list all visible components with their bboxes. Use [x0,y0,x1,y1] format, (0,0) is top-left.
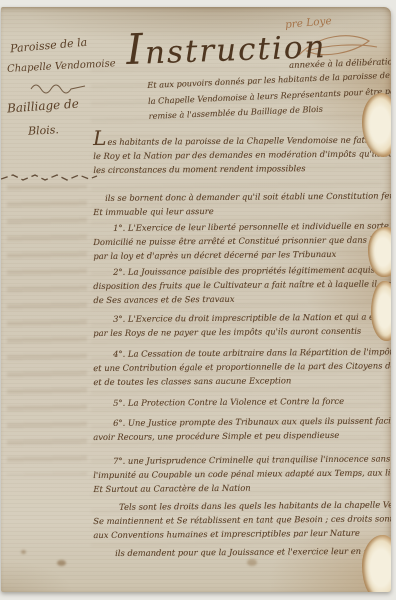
text-line: les circonstances du moment rendent impo… [93,161,391,178]
paragraph-closing: Tels sont les droits dans les quels les … [93,497,391,542]
margin-bailliage-line1: Bailliage de [7,97,80,116]
manuscript-scan: pre Loye Paroisse de la Chapelle Vendomo… [0,0,396,600]
ink-stain [21,550,26,554]
paragraph-article-5: 5°. La Protection Contre la Violence et … [93,393,391,410]
text-line: Et immuable qui leur assure [93,203,391,220]
paragraph-opening: Les habitants de la paroisse de la Chape… [93,131,391,177]
text-line: 5°. La Protection Contre la Violence et … [113,393,391,410]
paragraph-article-4: 4°. La Cessation de toute arbitraire dan… [93,344,391,389]
text-line: ils demandent pour que la Jouissance et … [115,544,391,561]
text-line: Et Surtout au Caractère de la Nation [93,480,391,497]
margin-squiggle-icon [29,81,89,95]
preamble: Et aux pouvoirs donnés par les habitants… [147,68,391,125]
paragraph-article-7: 7°. une Jurisprudence Criminelle qui tra… [93,451,391,496]
text-line: avoir Recours, une procédure Simple et p… [93,428,391,445]
text-line: 6°. Une Justice prompte des Tribunaux au… [113,413,391,430]
verso-bleedthrough [7,185,87,475]
text-line: ils se bornent donc à demander qu'il soi… [105,188,391,205]
text-line: par la loy et d'après un décret décerné … [93,247,391,264]
text-line: de Ses avances et de Ses travaux [93,291,391,308]
paragraph-article-1: 1°. L'Exercice de leur liberté personnel… [93,218,391,263]
paragraph-article-6: 6°. Une Justice prompte des Tribunaux au… [93,413,391,444]
ink-stain [247,559,257,566]
text-line: et de toutes les classes sans aucune Exc… [93,373,391,390]
text-line: aux Conventions humaines et imprescripti… [93,526,391,543]
paragraph-article-2: 2°. La Jouissance paisible des propriété… [93,262,391,307]
margin-bailliage-line2: Blois. [28,123,60,138]
margin-parish-line1: Paroisse de la [10,36,88,56]
ink-stain [57,560,66,566]
manuscript-page: pre Loye Paroisse de la Chapelle Vendomo… [1,7,391,592]
margin-parish-line2: Chapelle Vendomoise [7,58,116,75]
margin-dash-rule-icon [1,171,97,185]
text-line: par les Roys de ne payer que les impôts … [93,324,391,341]
paragraph-article-3: 3°. L'Exercice du droit imprescriptible … [93,309,391,340]
paragraph-resolution: ils se bornent donc à demander qu'il soi… [93,188,391,219]
paragraph-final: ils demandent pour que la Jouissance et … [115,544,391,561]
